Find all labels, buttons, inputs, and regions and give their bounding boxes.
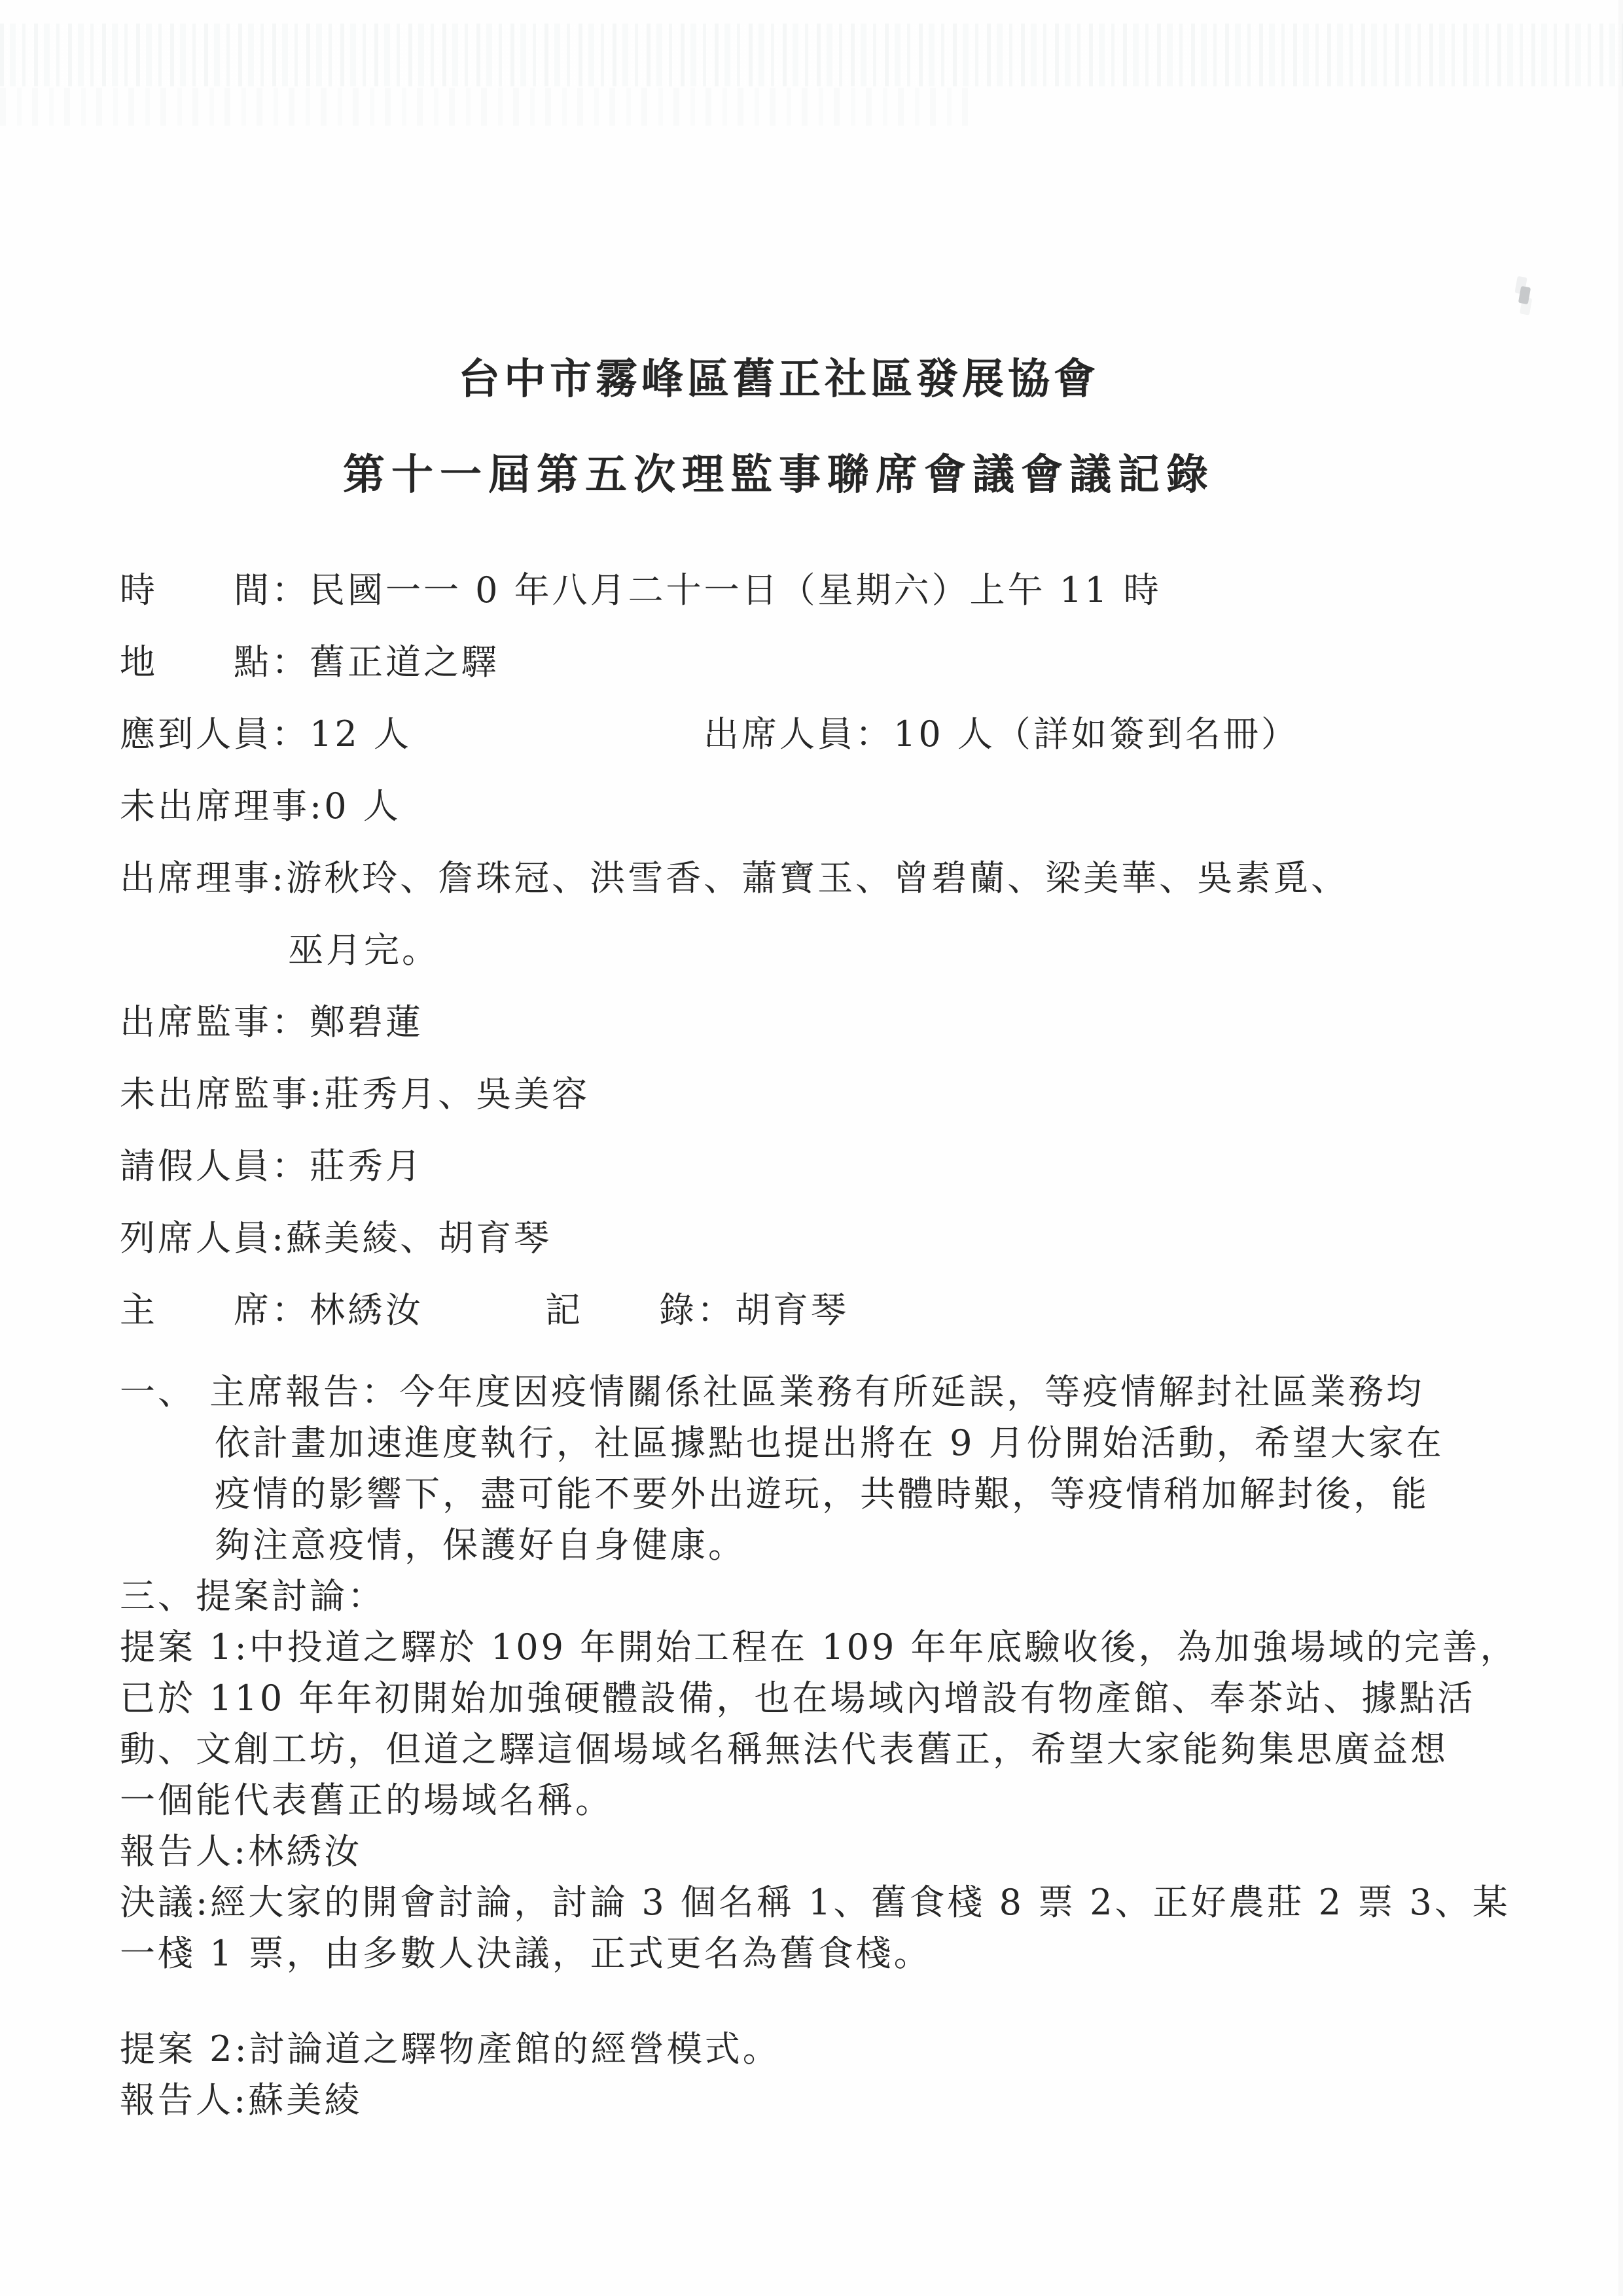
- proposal-1-line: 一個能代表舊正的場域名稱。: [120, 1775, 1540, 1826]
- proposal-2-reporter: 報告人:蘇美綾: [120, 2075, 1540, 2126]
- meeting-place-line: 地 點：舊正道之驛: [120, 626, 1527, 698]
- absent-directors-line: 未出席理事:0 人: [120, 770, 1527, 842]
- scan-speck-artifact: [1518, 286, 1531, 304]
- chair-report-line: 夠注意疫情，保護好自身健康。: [120, 1520, 1540, 1571]
- recorder: 記 錄：胡育琴: [545, 1289, 849, 1331]
- chairperson: 主 席：林綉汝: [120, 1274, 545, 1346]
- present-directors-line: 出席理事:游秋玲、詹珠冠、洪雪香、蕭寶玉、曾碧蘭、梁美華、吳素覓、: [120, 842, 1527, 914]
- title-block: 台中市霧峰區舊正社區發展協會 第十一屆第五次理監事聯席會議會議記錄: [33, 359, 1525, 496]
- absent-supervisors-line: 未出席監事:莊秀月、吳美容: [120, 1058, 1527, 1130]
- minutes-body-block: 一、 主席報告：今年度因疫情關係社區業務有所延誤，等疫情解封社區業務均 依計畫加…: [120, 1367, 1540, 2126]
- meeting-time-line: 時 間：民國一一 0 年八月二十一日（星期六）上午 11 時: [120, 554, 1527, 626]
- scan-noise-band: [0, 24, 1623, 86]
- proposal-1-line: 已於 110 年年初開始加強硬體設備，也在場域內增設有物產館、奉茶站、據點活: [120, 1673, 1540, 1724]
- chair-recorder-line: 主 席：林綉汝記 錄：胡育琴: [120, 1274, 1527, 1346]
- present-supervisors-line: 出席監事：鄭碧蓮: [120, 986, 1527, 1058]
- proposal-1-resolution-line: 決議:經大家的開會討論，討論 3 個名稱 1、舊食棧 8 票 2、正好農莊 2 …: [120, 1877, 1540, 1928]
- scan-edge-shadow: [1618, 0, 1623, 2296]
- chair-report-line: 一、 主席報告：今年度因疫情關係社區業務有所延誤，等疫情解封社區業務均: [120, 1367, 1540, 1418]
- proposals-heading: 三、提案討論：: [120, 1571, 1540, 1622]
- meeting-info-block: 時 間：民國一一 0 年八月二十一日（星期六）上午 11 時 地 點：舊正道之驛…: [120, 554, 1527, 1346]
- present-attendees: 出席人員：10 人（詳如簽到名冊）: [704, 713, 1299, 755]
- proposal-2-line: 提案 2:討論道之驛物產館的經營模式。: [120, 2024, 1540, 2075]
- proposal-1-line: 動、文創工坊，但道之驛這個場域名稱無法代表舊正，希望大家能夠集思廣益想: [120, 1724, 1540, 1775]
- chair-report-line: 依計畫加速進度執行，社區據點也提出將在 9 月份開始活動，希望大家在: [120, 1418, 1540, 1469]
- document-title: 台中市霧峰區舊正社區發展協會: [33, 359, 1525, 401]
- proposal-1-reporter: 報告人:林綉汝: [120, 1826, 1540, 1877]
- scanned-document-page: 台中市霧峰區舊正社區發展協會 第十一屆第五次理監事聯席會議會議記錄 時 間：民國…: [0, 0, 1623, 2296]
- present-directors-continuation: 巫月完。: [120, 914, 1527, 986]
- leave-personnel-line: 請假人員：莊秀月: [120, 1130, 1527, 1202]
- document-subtitle: 第十一屆第五次理監事聯席會議會議記錄: [33, 454, 1525, 496]
- expected-attendees: 應到人員：12 人: [120, 698, 704, 770]
- attendance-line: 應到人員：12 人出席人員：10 人（詳如簽到名冊）: [120, 698, 1527, 770]
- observers-line: 列席人員:蘇美綾、胡育琴: [120, 1202, 1527, 1274]
- scan-noise-band: [0, 88, 969, 126]
- proposal-1-resolution-line: 一棧 1 票，由多數人決議，正式更名為舊食棧。: [120, 1928, 1540, 1979]
- chair-report-line: 疫情的影響下，盡可能不要外出遊玩，共體時艱，等疫情稍加解封後，能: [120, 1469, 1540, 1520]
- proposal-1-line: 提案 1:中投道之驛於 109 年開始工程在 109 年年底驗收後，為加強場域的…: [120, 1622, 1540, 1673]
